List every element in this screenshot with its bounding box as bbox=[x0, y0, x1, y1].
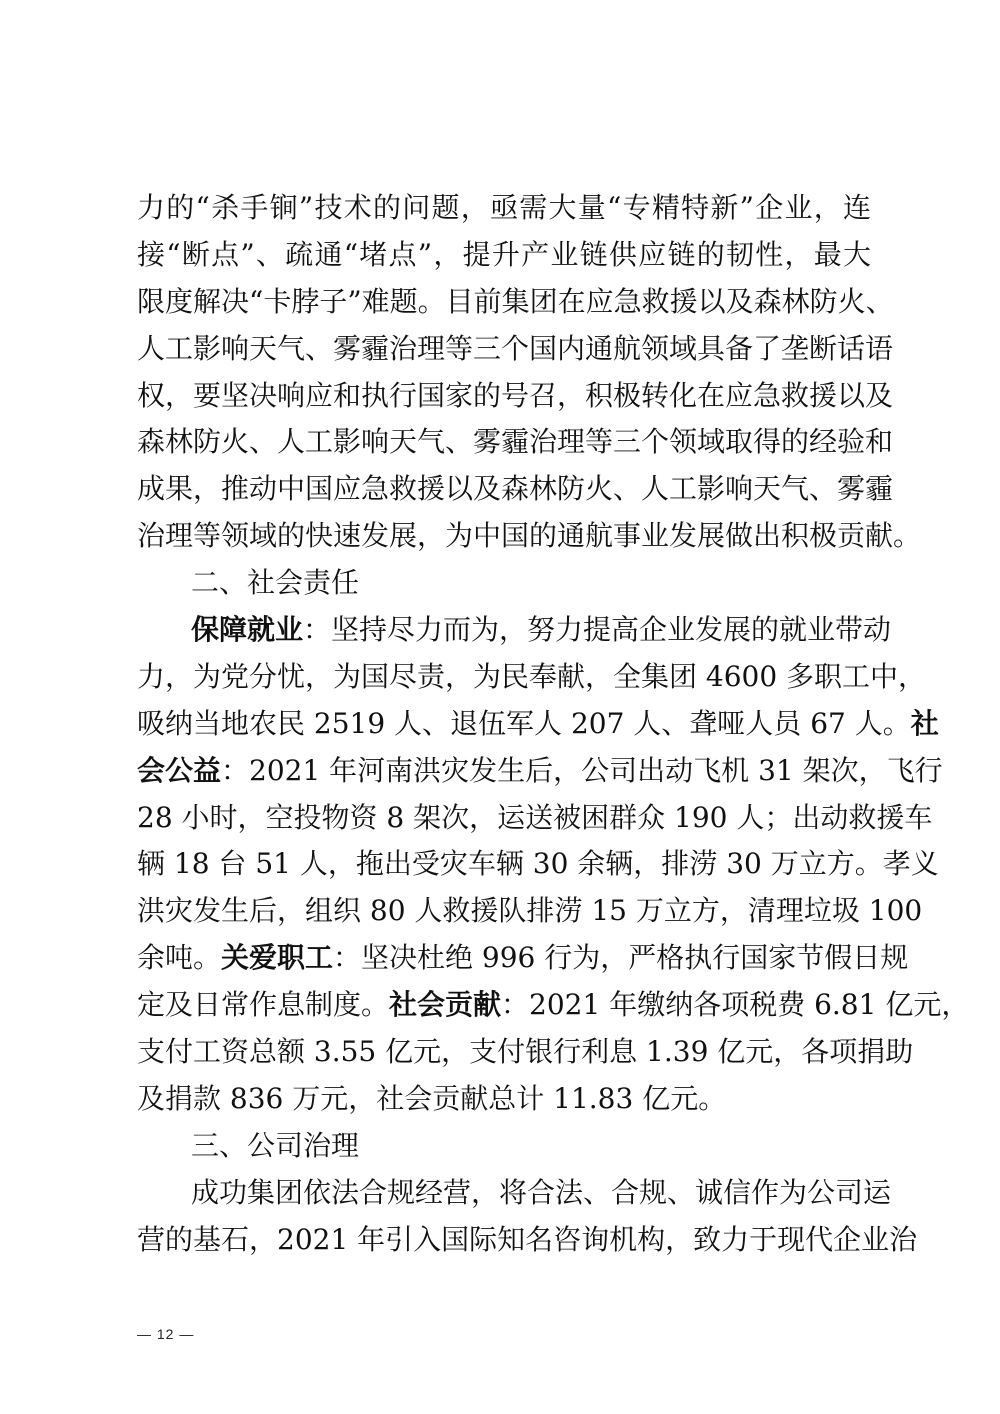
text-run: 成果，推动中国应急救援以及森林防火、人工影响天气、雾霾 bbox=[137, 472, 893, 505]
paragraph-line: 成功集团依法合规经营，将合法、合规、诚信作为公司运 bbox=[137, 1170, 871, 1217]
paragraph-line: 及捐款 836 万元，社会贡献总计 11.83 亿元。 bbox=[137, 1076, 871, 1123]
paragraph-line: 营的基石，2021 年引入国际知名咨询机构，致力于现代企业治 bbox=[137, 1217, 871, 1264]
text-run: ：2021 年河南洪灾发生后，公司出动飞机 31 架次，飞行 bbox=[221, 754, 943, 787]
paragraph-line: 接“断点”、疏通“堵点”，提升产业链供应链的韧性，最大 bbox=[137, 232, 871, 279]
paragraph-line: 力，为党分忧，为国尽责，为民奉献，全集团 4600 多职工中， bbox=[137, 654, 871, 701]
text-run: 洪灾发生后，组织 80 人救援队排涝 15 万立方，清理垃圾 100 bbox=[137, 894, 922, 927]
body-text: 力的“杀手锏”技术的问题，亟需大量“专精特新”企业，连 接“断点”、疏通“堵点”… bbox=[137, 185, 871, 1263]
paragraph-line: 限度解决“卡脖子”难题。目前集团在应急救援以及森林防火、 bbox=[137, 279, 871, 326]
paragraph-line: 会公益：2021 年河南洪灾发生后，公司出动飞机 31 架次，飞行 bbox=[137, 748, 871, 795]
text-run: 力，为党分忧，为国尽责，为民奉献，全集团 4600 多职工中， bbox=[137, 660, 926, 693]
text-run: 28 小时，空投物资 8 架次，运送被困群众 190 人；出动救援车 bbox=[137, 801, 932, 834]
document-page: 力的“杀手锏”技术的问题，亟需大量“专精特新”企业，连 接“断点”、疏通“堵点”… bbox=[0, 0, 1000, 1414]
heading-text: 三、公司治理 bbox=[191, 1129, 359, 1162]
paragraph-line: 森林防火、人工影响天气、雾霾治理等三个领域取得的经验和 bbox=[137, 419, 871, 466]
text-run: 限度解决“卡脖子”难题。目前集团在应急救援以及森林防火、 bbox=[137, 285, 894, 318]
text-run: 接“断点”、疏通“堵点”，提升产业链供应链的韧性，最大 bbox=[137, 238, 871, 271]
text-run: 支付工资总额 3.55 亿元，支付银行利息 1.39 亿元，各项捐助 bbox=[137, 1035, 913, 1068]
text-run: ：坚决杜绝 996 行为，严格执行国家节假日规 bbox=[333, 941, 908, 974]
bold-term-public-welfare-start: 社 bbox=[911, 707, 939, 740]
text-run: 及捐款 836 万元，社会贡献总计 11.83 亿元。 bbox=[137, 1082, 726, 1115]
heading-text: 二、社会责任 bbox=[191, 566, 359, 599]
paragraph-line: 治理等领域的快速发展，为中国的通航事业发展做出积极贡献。 bbox=[137, 513, 871, 560]
text-run: 吸纳当地农民 2519 人、退伍军人 207 人、聋哑人员 67 人。 bbox=[137, 707, 911, 740]
paragraph-line: 洪灾发生后，组织 80 人救援队排涝 15 万立方，清理垃圾 100 bbox=[137, 888, 871, 935]
paragraph-line: 辆 18 台 51 人，拖出受灾车辆 30 余辆，排涝 30 万立方。孝义 bbox=[137, 841, 871, 888]
section-heading-corporate-governance: 三、公司治理 bbox=[137, 1123, 871, 1170]
section-heading-social-responsibility: 二、社会责任 bbox=[137, 560, 871, 607]
paragraph-line: 吸纳当地农民 2519 人、退伍军人 207 人、聋哑人员 67 人。社 bbox=[137, 701, 871, 748]
text-run: 余吨。 bbox=[137, 941, 221, 974]
text-run: ：2021 年缴纳各项税费 6.81 亿元， bbox=[501, 988, 969, 1021]
text-run: 定及日常作息制度。 bbox=[137, 988, 389, 1021]
paragraph-line: 成果，推动中国应急救援以及森林防火、人工影响天气、雾霾 bbox=[137, 466, 871, 513]
text-run: 成功集团依法合规经营，将合法、合规、诚信作为公司运 bbox=[191, 1176, 891, 1209]
paragraph-line: 人工影响天气、雾霾治理等三个国内通航领域具备了垄断话语 bbox=[137, 326, 871, 373]
text-run: 权，要坚决响应和执行国家的号召，积极转化在应急救援以及 bbox=[137, 379, 893, 412]
page-number: — 12 — bbox=[137, 1326, 194, 1342]
paragraph-line: 余吨。关爱职工：坚决杜绝 996 行为，严格执行国家节假日规 bbox=[137, 935, 871, 982]
paragraph-line: 保障就业：坚持尽力而为，努力提高企业发展的就业带动 bbox=[137, 607, 871, 654]
text-run: 治理等领域的快速发展，为中国的通航事业发展做出积极贡献。 bbox=[137, 519, 921, 552]
paragraph-line: 力的“杀手锏”技术的问题，亟需大量“专精特新”企业，连 bbox=[137, 185, 871, 232]
paragraph-line: 定及日常作息制度。社会贡献：2021 年缴纳各项税费 6.81 亿元， bbox=[137, 982, 871, 1029]
text-run: 力的“杀手锏”技术的问题，亟需大量“专精特新”企业，连 bbox=[137, 191, 871, 224]
paragraph-line: 支付工资总额 3.55 亿元，支付银行利息 1.39 亿元，各项捐助 bbox=[137, 1029, 871, 1076]
bold-term-employment: 保障就业 bbox=[191, 613, 303, 646]
paragraph-line: 权，要坚决响应和执行国家的号召，积极转化在应急救援以及 bbox=[137, 373, 871, 420]
paragraph-line: 28 小时，空投物资 8 架次，运送被困群众 190 人；出动救援车 bbox=[137, 795, 871, 842]
text-run: 人工影响天气、雾霾治理等三个国内通航领域具备了垄断话语 bbox=[137, 332, 893, 365]
bold-term-employee-care: 关爱职工 bbox=[221, 941, 333, 974]
text-run: 森林防火、人工影响天气、雾霾治理等三个领域取得的经验和 bbox=[137, 425, 893, 458]
text-run: 营的基石，2021 年引入国际知名咨询机构，致力于现代企业治 bbox=[137, 1223, 917, 1256]
text-run: ：坚持尽力而为，努力提高企业发展的就业带动 bbox=[303, 613, 891, 646]
text-run: 辆 18 台 51 人，拖出受灾车辆 30 余辆，排涝 30 万立方。孝义 bbox=[137, 847, 939, 880]
bold-term-public-welfare-end: 会公益 bbox=[137, 754, 221, 787]
bold-term-social-contribution: 社会贡献 bbox=[389, 988, 501, 1021]
